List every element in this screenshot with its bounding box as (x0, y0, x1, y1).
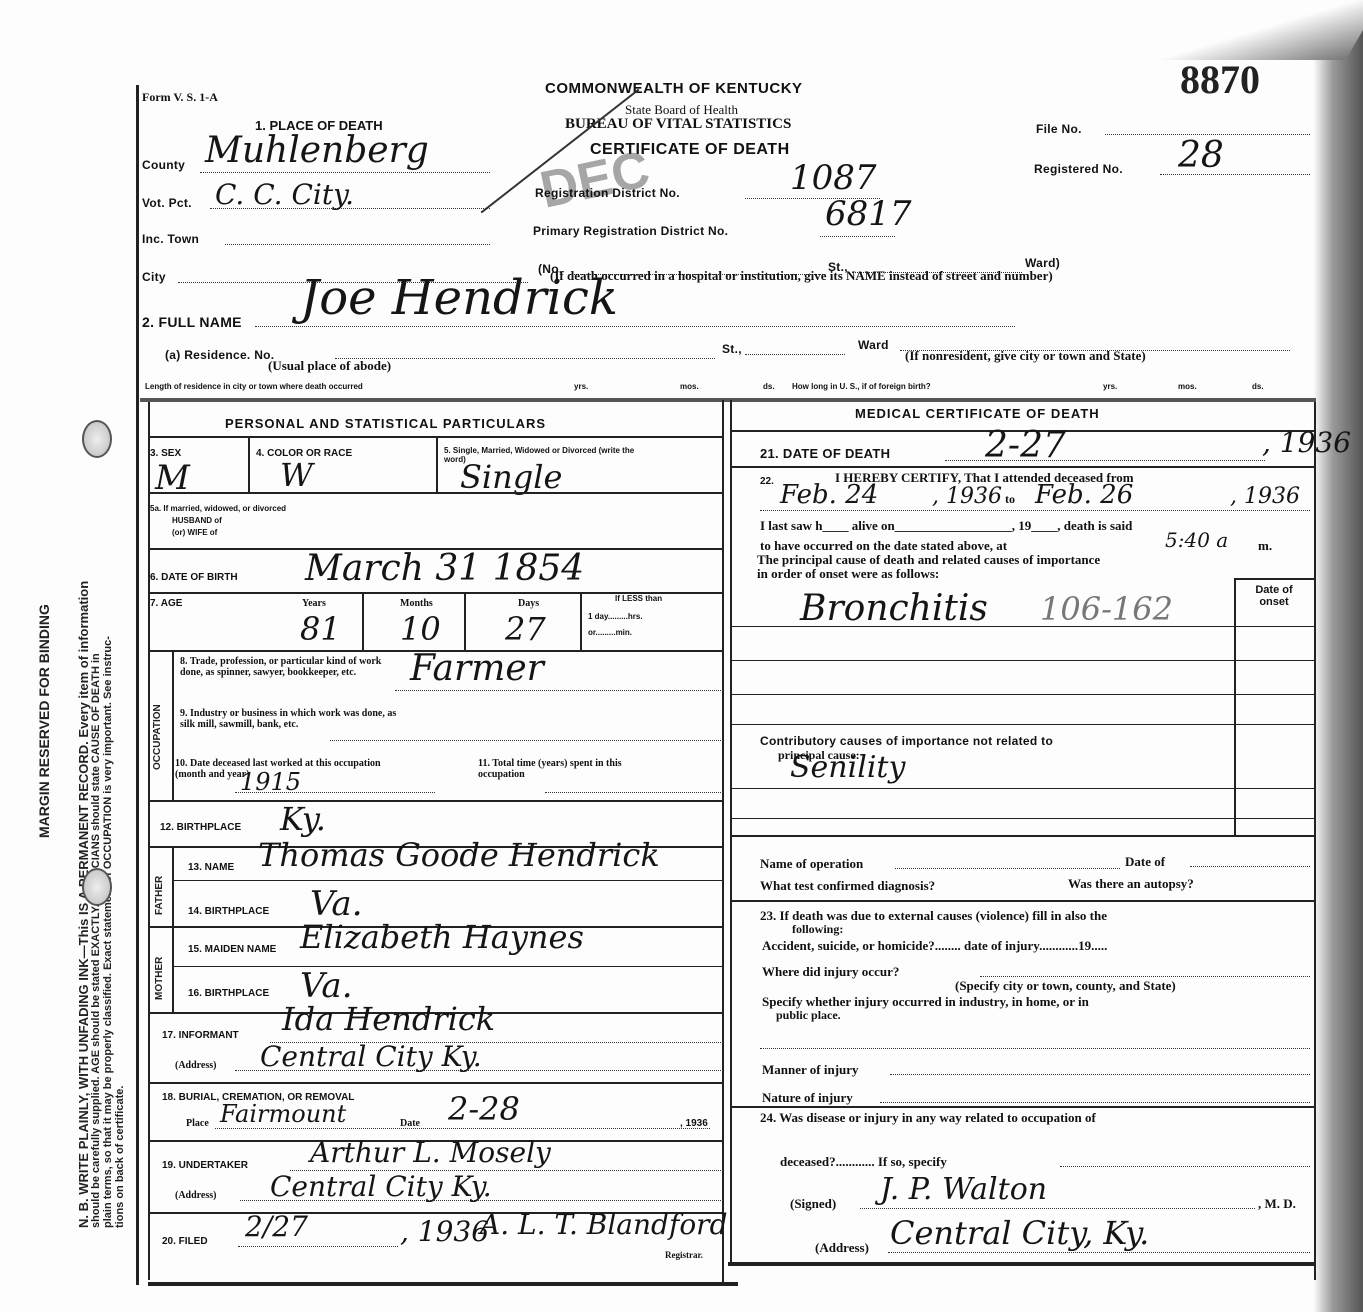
residence-line (335, 358, 715, 359)
full-name-value[interactable]: Joe Hendrick (300, 270, 618, 326)
length-yrs: yrs. (574, 382, 588, 391)
autopsy-label: Was there an autopsy? (1068, 876, 1194, 892)
margin-instruction-1: N. B. WRITE PLAINLY, WITH UNFADING INK—T… (76, 581, 91, 1228)
rule (730, 724, 1316, 725)
inc-town-label: Inc. Town (142, 232, 199, 246)
rule (730, 788, 1316, 789)
divider-bottom-right (728, 1262, 1316, 1266)
father-birthplace-label: 14. BIRTHPLACE (188, 906, 269, 917)
residence-note: (Usual place of abode) (268, 358, 391, 374)
punch-hole-bottom (82, 868, 112, 906)
rule (730, 900, 1316, 902)
rule (730, 694, 1316, 695)
less-label-3: or.........min. (588, 628, 632, 637)
cause-code[interactable]: 106-162 (1040, 590, 1173, 628)
frame-right (1314, 400, 1316, 1280)
birthplace-value[interactable]: Ky. (280, 800, 326, 838)
rule (215, 1128, 710, 1129)
rule (148, 1082, 724, 1084)
rule (1234, 578, 1314, 580)
rule (148, 800, 724, 802)
cause-intro-2: in order of onset were as follows: (757, 566, 939, 582)
days-value[interactable]: 27 (505, 610, 546, 648)
divider-bottom-left (148, 1282, 738, 1286)
occupation-related-1: 24. Was disease or injury in any way rel… (760, 1110, 1096, 1126)
manner-label: Manner of injury (762, 1062, 859, 1078)
rule (880, 1102, 1310, 1103)
vot-pct-value[interactable]: C. C. City. (215, 178, 354, 211)
days-label: Days (518, 598, 539, 609)
county-line (200, 172, 490, 173)
informant-label: 17. INFORMANT (162, 1030, 239, 1041)
full-name-line (255, 326, 1015, 327)
rule (860, 1208, 1255, 1209)
rule (730, 626, 1316, 627)
file-no-label: File No. (1036, 122, 1082, 136)
undertaker-address-label: (Address) (175, 1190, 216, 1201)
us-mos: mos. (1178, 382, 1197, 391)
reg-district-value[interactable]: 1087 (790, 158, 877, 198)
specify-injury-2: public place. (776, 1008, 841, 1023)
birthplace-label: 12. BIRTHPLACE (160, 822, 241, 833)
rule (545, 792, 723, 793)
rule (1060, 1166, 1310, 1167)
rule (172, 880, 724, 881)
state-title: COMMONWEALTH OF KENTUCKY (545, 80, 803, 97)
informant-address-label: (Address) (175, 1060, 216, 1071)
accident-label: Accident, suicide, or homicide?........ … (762, 938, 1107, 954)
full-name-label: 2. FULL NAME (142, 314, 242, 330)
burial-date-value[interactable]: 2-28 (448, 1090, 520, 1128)
occupation-related-2: deceased?............ If so, specify (780, 1154, 947, 1170)
us-yrs: yrs. (1103, 382, 1117, 391)
operation-label: Name of operation (760, 856, 863, 872)
external-causes-2: following: (792, 922, 843, 937)
margin-binding-label: MARGIN RESERVED FOR BINDING (36, 604, 52, 838)
column-divider (722, 400, 724, 1282)
date-of-death-value[interactable]: 2-27 (985, 425, 1066, 466)
rule (235, 792, 435, 793)
mother-name-label: 15. MAIDEN NAME (188, 944, 276, 955)
length-mos: mos. (680, 382, 699, 391)
contributory-label-1: Contributory causes of importance not re… (760, 734, 1053, 748)
mother-birthplace-label: 16. BIRTHPLACE (188, 988, 269, 999)
rule (890, 1074, 1310, 1075)
reg-district-label: Registration District No. (535, 186, 680, 200)
residence-label: (a) Residence. No. (165, 348, 274, 362)
undertaker-label: 19. UNDERTAKER (162, 1160, 248, 1171)
nonresident-note: (If nonresident, give city or town and S… (905, 348, 1146, 364)
age-label: 7. AGE (150, 598, 182, 609)
test-label: What test confirmed diagnosis? (760, 878, 935, 894)
spouse-label-2: HUSBAND of (172, 516, 222, 525)
occupation-side-label: OCCUPATION (152, 704, 163, 770)
certify-number: 22. (760, 476, 774, 487)
physician-address-value[interactable]: Central City, Ky. (890, 1214, 1149, 1252)
rule (1190, 866, 1310, 867)
physician-signature[interactable]: J. P. Walton (880, 1172, 1047, 1207)
mother-name-value[interactable]: Elizabeth Haynes (300, 918, 584, 956)
md-label: , M. D. (1258, 1196, 1296, 1212)
informant-address-value[interactable]: Central City Ky. (260, 1040, 482, 1073)
burial-place-label: Place (186, 1118, 209, 1129)
us-ds: ds. (1252, 382, 1264, 391)
frame-left (136, 85, 139, 1285)
undertaker-value[interactable]: Arthur L. Mosely (310, 1136, 551, 1169)
dob-label: 6. DATE OF BIRTH (150, 572, 238, 583)
frame-left-inner (148, 400, 150, 1280)
father-name-value[interactable]: Thomas Goode Hendrick (258, 836, 660, 874)
rule (172, 966, 724, 967)
nature-label: Nature of injury (762, 1090, 853, 1106)
rule (730, 1106, 1316, 1108)
trade-value[interactable]: Farmer (410, 648, 544, 689)
rule (730, 818, 1316, 819)
medical-section-title: MEDICAL CERTIFICATE OF DEATH (855, 406, 1100, 421)
signed-label: (Signed) (790, 1196, 836, 1212)
received-stamp: DEC (535, 139, 655, 221)
rule (730, 835, 1316, 837)
rule (580, 592, 582, 650)
dob-value[interactable]: March 31 1854 (305, 548, 584, 589)
divider-top (140, 398, 1316, 402)
rule (888, 1252, 1310, 1253)
folded-corner (1133, 0, 1363, 60)
where-injury-note: (Specify city or town, county, and State… (955, 978, 1176, 994)
paper-edge-shadow (1313, 0, 1363, 1312)
stamp-number: 8870 (1180, 56, 1260, 103)
county-label: County (142, 158, 185, 172)
time-of-death[interactable]: 5:40 a (1165, 528, 1228, 552)
contributory-value[interactable]: Senility (790, 750, 905, 785)
residence-street-label: St., (722, 342, 742, 356)
primary-reg-label: Primary Registration District No. (533, 224, 728, 238)
time-suffix: m. (1258, 538, 1272, 554)
rule (436, 438, 438, 492)
registrar-label: Registrar. (665, 1250, 703, 1260)
less-label-1: If LESS than (615, 594, 662, 603)
spouse-label-1: 5a. If married, widowed, or divorced (150, 504, 286, 513)
margin-instruction-3: plain terms, so that it may be properly … (102, 636, 114, 1228)
rule (895, 868, 1120, 869)
industry-label: 9. Industry or business in which work wa… (180, 708, 400, 730)
residence-street-line (745, 354, 845, 355)
burial-place-value[interactable]: Fairmount (220, 1100, 346, 1128)
rule (330, 740, 723, 741)
mother-side-label: MOTHER (154, 957, 165, 1000)
rule (238, 1246, 398, 1247)
county-value[interactable]: Muhlenberg (205, 130, 429, 171)
form-id: Form V. S. 1-A (142, 90, 218, 105)
years-value[interactable]: 81 (300, 610, 341, 648)
rule (362, 592, 364, 650)
burial-date-label: Date (400, 1118, 420, 1129)
months-value[interactable]: 10 (400, 610, 441, 648)
registered-no-label: Registered No. (1034, 162, 1123, 176)
date-of-onset-label: Date of onset (1244, 584, 1304, 608)
race-value[interactable]: W (280, 456, 313, 494)
primary-reg-value[interactable]: 6817 (825, 194, 912, 234)
date-of-death-year[interactable]: , 1936 (1262, 426, 1351, 459)
registered-no-value[interactable]: 28 (1178, 135, 1224, 176)
residence-ward-label: Ward (858, 338, 889, 352)
rule (980, 976, 1310, 977)
attended-to-year[interactable]: , 1936 (1230, 484, 1300, 509)
punch-hole-top (82, 420, 112, 458)
total-time-label: 11. Total time (years) spent in this occ… (478, 758, 628, 780)
rule (760, 1048, 1310, 1049)
rule (148, 492, 724, 494)
principal-cause-value[interactable]: Bronchitis (800, 588, 988, 629)
margin-instruction-4: tions on back of certificate. (114, 1086, 126, 1228)
rule (730, 660, 1316, 661)
rule (730, 466, 1316, 468)
length-ds: ds. (763, 382, 775, 391)
rule (172, 848, 174, 1014)
informant-value[interactable]: Ida Hendrick (282, 1000, 495, 1038)
rule (760, 510, 1310, 511)
margin-instruction-2: should be carefully supplied. AGE should… (90, 653, 102, 1228)
where-injury-label: Where did injury occur? (762, 964, 899, 980)
us-residence-label: How long in U. S., if of foreign birth? (792, 382, 931, 391)
attended-to[interactable]: Feb. 26 (1035, 480, 1133, 510)
father-name-label: 13. NAME (188, 862, 234, 873)
filed-label: 20. FILED (162, 1236, 208, 1247)
physician-address-label: (Address) (815, 1240, 869, 1256)
personal-section-title: PERSONAL AND STATISTICAL PARTICULARS (225, 416, 546, 431)
primary-reg-line (820, 236, 895, 237)
rule (464, 592, 466, 650)
months-label: Months (400, 598, 433, 609)
inc-town-line (225, 244, 490, 245)
burial-year: , 1936 (680, 1118, 708, 1129)
undertaker-address-value[interactable]: Central City Ky. (270, 1170, 492, 1203)
city-label: City (142, 270, 166, 284)
marital-value[interactable]: Single (460, 458, 562, 496)
date-of-death-label: 21. DATE OF DEATH (760, 446, 890, 461)
trade-label: 8. Trade, profession, or particular kind… (180, 656, 400, 678)
filed-value[interactable]: 2/27 (245, 1210, 308, 1243)
attended-from-year[interactable]: , 1936 (932, 484, 1002, 509)
attended-to-label: to (1005, 492, 1015, 507)
father-side-label: FATHER (154, 876, 165, 915)
registrar-signature[interactable]: A. L. T. Blandford (480, 1208, 728, 1241)
column-divider-2 (730, 400, 732, 1262)
less-label-2: 1 day.........hrs. (588, 612, 643, 621)
years-label: Years (302, 598, 326, 609)
filed-year[interactable]: , 1936 (400, 1215, 489, 1248)
spouse-label-3: (or) WIFE of (172, 528, 217, 537)
rule (1234, 578, 1236, 836)
attended-from[interactable]: Feb. 24 (780, 480, 878, 510)
rule (248, 438, 250, 492)
vot-pct-label: Vot. Pct. (142, 196, 192, 210)
rule (395, 690, 723, 691)
rule (172, 652, 174, 800)
hospital-note: (If death occurred in a hospital or inst… (550, 268, 1053, 284)
length-residence-label: Length of residence in city or town wher… (145, 382, 363, 391)
operation-date-label: Date of (1125, 854, 1165, 870)
last-saw-text: I last saw h____ alive on_______________… (760, 518, 1132, 534)
